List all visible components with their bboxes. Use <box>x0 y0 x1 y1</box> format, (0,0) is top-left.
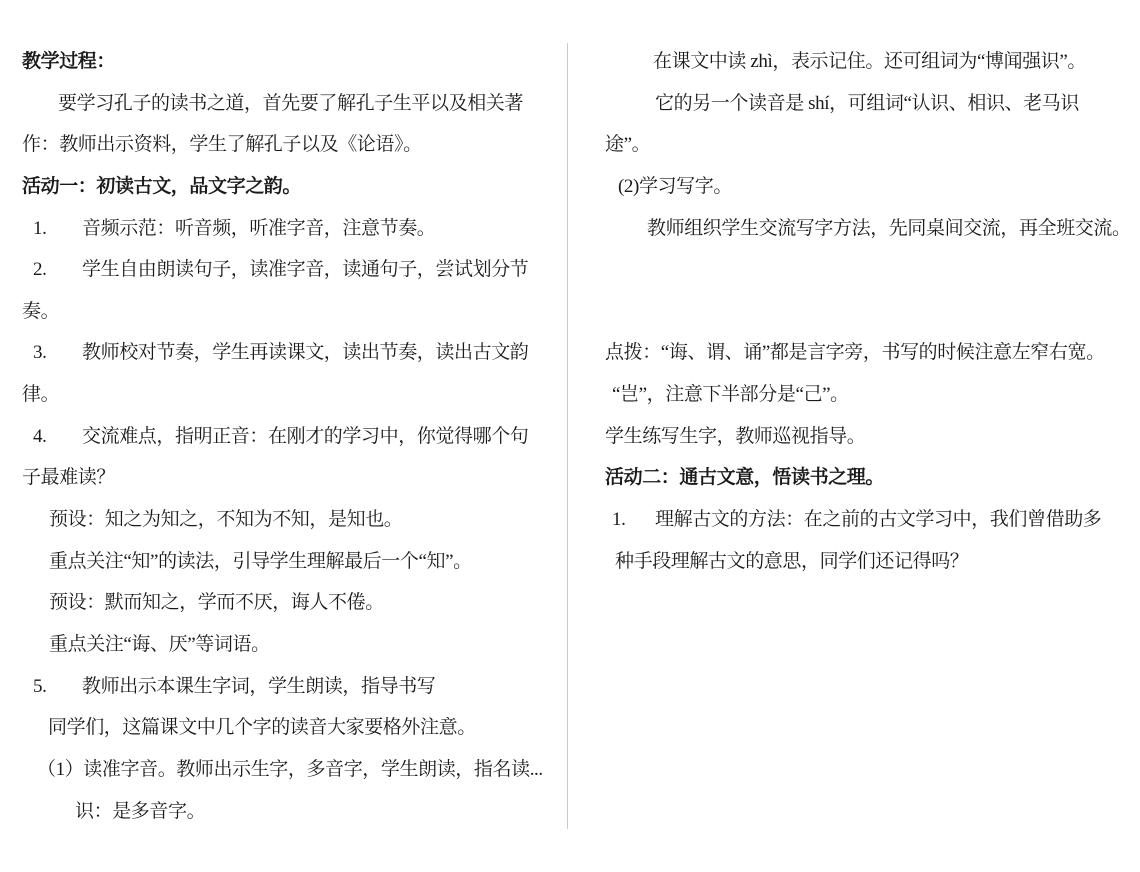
text-line: 途”。 <box>605 124 1135 166</box>
list-item-text: 教师出示本课生字词，学生朗读，指导书写 <box>82 676 435 697</box>
heading-line: 活动二：通古文意，悟读书之理。 <box>605 457 1135 499</box>
text-line: 4.交流难点，指明正音：在刚才的学习中，你觉得哪个句 <box>22 416 562 458</box>
document-page: 教学过程：要学习孔子的读书之道，首先要了解孔子生平以及相关著作：教师出示资料，学… <box>0 0 1140 872</box>
list-item-number: 4. <box>33 416 82 458</box>
text-line: 预设：默而知之，学而不厌，诲人不倦。 <box>22 582 562 624</box>
list-item-number: 3. <box>33 332 82 374</box>
text-line: 预设：知之为知之，不知为不知，是知也。 <box>22 499 562 541</box>
list-item-number: 1. <box>612 499 655 541</box>
text-line: 重点关注“知”的读法，引导学生理解最后一个“知”。 <box>22 541 562 583</box>
column-divider-line <box>567 43 568 829</box>
text-line: （1）读准字音。教师出示生字，多音字，学生朗读，指名读... <box>22 749 562 791</box>
right-text-column: 在课文中读 zhì，表示记住。还可组词为“博闻强识”。它的另一个读音是 shí，… <box>605 41 1135 582</box>
text-line: 重点关注“诲、厌”等词语。 <box>22 624 562 666</box>
text-line: 识：是多音字。 <box>22 791 562 833</box>
text-line: 教师组织学生交流写字方法，先同桌间交流，再全班交流。 <box>605 208 1135 250</box>
text-line: 3.教师校对节奏，学生再读课文，读出节奏，读出古文韵 <box>22 332 562 374</box>
heading-line: 活动一：初读古文，品文字之韵。 <box>22 166 562 208</box>
heading-line: 教学过程： <box>22 41 562 83</box>
left-text-column: 教学过程：要学习孔子的读书之道，首先要了解孔子生平以及相关著作：教师出示资料，学… <box>22 41 562 832</box>
text-line: 子最难读？ <box>22 457 562 499</box>
blank-line <box>605 249 1135 291</box>
text-line: 种手段理解古文的意思，同学们还记得吗？ <box>605 541 1135 583</box>
list-item-text: 理解古文的方法：在之前的古文学习中，我们曾借助多 <box>655 509 1101 530</box>
list-item-text: 学生自由朗读句子，读准字音，读通句子，尝试划分节 <box>82 259 528 280</box>
list-item-number: 5. <box>33 666 82 708</box>
list-item-number: 2. <box>33 249 82 291</box>
text-line: 2.学生自由朗读句子，读准字音，读通句子，尝试划分节 <box>22 249 562 291</box>
text-line: 1.音频示范：听音频，听准字音，注意节奏。 <box>22 208 562 250</box>
list-item-text: 交流难点，指明正音：在刚才的学习中，你觉得哪个句 <box>82 426 528 447</box>
text-line: 在课文中读 zhì，表示记住。还可组词为“博闻强识”。 <box>605 41 1135 83</box>
text-line: 点拨：“诲、谓、诵”都是言字旁，书写的时候注意左窄右宽。 <box>605 332 1135 374</box>
text-line: 奏。 <box>22 291 562 333</box>
text-line: (2)学习写字。 <box>605 166 1135 208</box>
text-line: 律。 <box>22 374 562 416</box>
text-line: 它的另一个读音是 shí，可组词“认识、相识、老马识 <box>605 83 1135 125</box>
list-item-text: 教师校对节奏，学生再读课文，读出节奏，读出古文韵 <box>82 342 528 363</box>
list-item-number: 1. <box>33 208 82 250</box>
text-line: “岂”，注意下半部分是“己”。 <box>605 374 1135 416</box>
blank-line <box>605 291 1135 333</box>
list-item-text: 音频示范：听音频，听准字音，注意节奏。 <box>82 218 435 239</box>
text-line: 1.理解古文的方法：在之前的古文学习中，我们曾借助多 <box>605 499 1135 541</box>
text-line: 要学习孔子的读书之道，首先要了解孔子生平以及相关著 <box>22 83 562 125</box>
text-line: 5.教师出示本课生字词，学生朗读，指导书写 <box>22 666 562 708</box>
text-line: 学生练写生字，教师巡视指导。 <box>605 416 1135 458</box>
text-line: 同学们，这篇课文中几个字的读音大家要格外注意。 <box>22 707 562 749</box>
text-line: 作：教师出示资料，学生了解孔子以及《论语》。 <box>22 124 562 166</box>
